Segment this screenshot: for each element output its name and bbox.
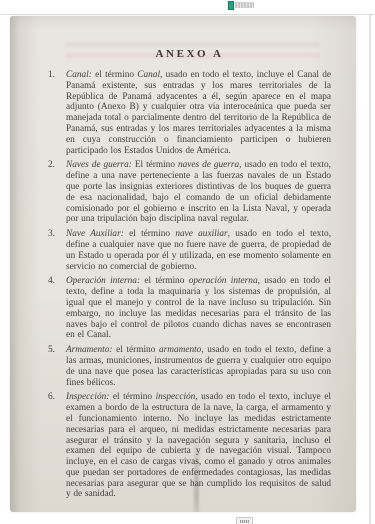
definition-item: 5.Armamento: el término armamento, usado… [48, 345, 331, 388]
definition-item: 6.Inspección: el término inspección, usa… [48, 392, 331, 500]
item-text: Operación interna: el término operación … [66, 276, 331, 341]
item-number: 5. [48, 345, 66, 388]
definition-item: 1.Canal: el término Canal, usado en todo… [48, 70, 331, 156]
page-control-button[interactable] [236, 517, 253, 524]
item-text: Naves de guerra: El término naves de gue… [66, 160, 331, 225]
top-toolbar-badge[interactable] [228, 1, 254, 9]
item-text: Nave Auxiliar: el término nave auxiliar,… [66, 229, 331, 272]
item-number: 6. [48, 392, 66, 500]
definition-list: 1.Canal: el término Canal, usado en todo… [48, 70, 331, 500]
definition-item: 3.Nave Auxiliar: el término nave auxilia… [48, 229, 331, 272]
definition-item: 4.Operación interna: el término operació… [48, 276, 331, 341]
item-text: Canal: el término Canal, usado en todo e… [66, 70, 331, 156]
page-title: ANEXO A [48, 48, 331, 60]
item-text: Inspección: el término inspección, usado… [66, 392, 331, 500]
top-toolbar [0, 0, 375, 15]
button-text-blur [240, 520, 249, 523]
item-number: 1. [48, 70, 66, 156]
document-body: ANEXO A 1.Canal: el término Canal, usado… [10, 16, 356, 512]
item-text: Armamento: el término armamento, usado e… [66, 345, 331, 388]
scrollbar-track[interactable] [369, 15, 371, 524]
item-number: 4. [48, 276, 66, 341]
definition-item: 2.Naves de guerra: El término naves de g… [48, 160, 331, 225]
green-square-icon [228, 1, 234, 10]
item-number: 2. [48, 160, 66, 225]
badge-text-blur [235, 2, 254, 8]
item-number: 3. [48, 229, 66, 272]
scanned-page: ANEXO A 1.Canal: el término Canal, usado… [10, 16, 356, 512]
